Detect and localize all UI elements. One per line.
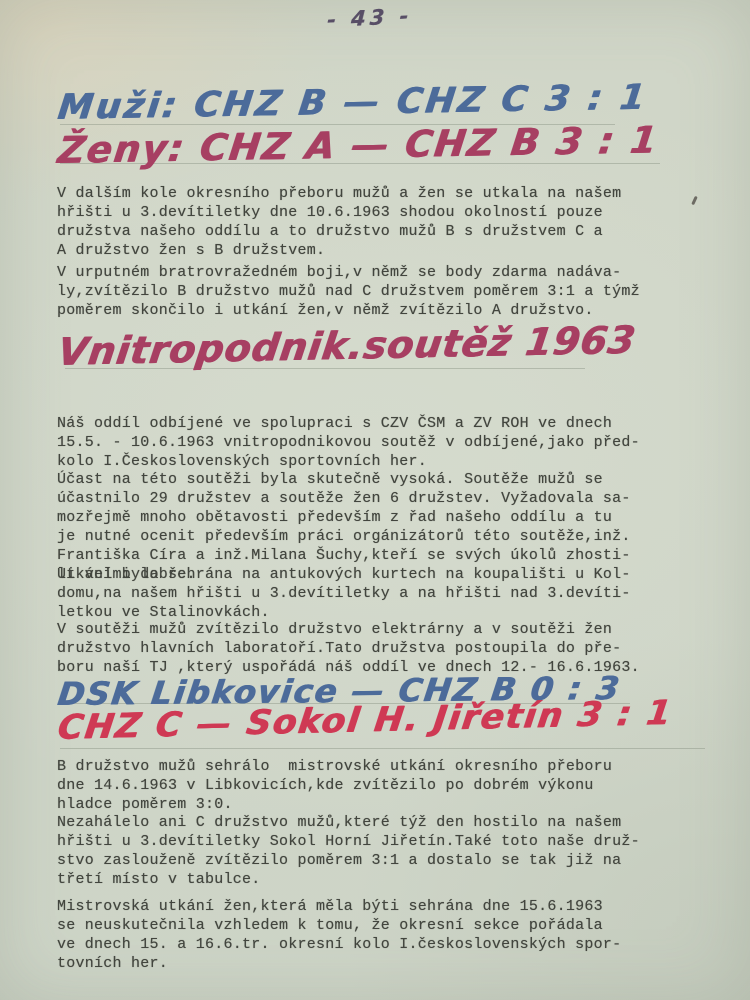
paragraph-fratricidal-match: V urputném bratrovražedném boji,v němž s… (57, 263, 697, 320)
paragraph-district-round: V dalším kole okresního přeboru mužů a ž… (57, 184, 697, 260)
paragraph-team-b-match: B družstvo mužů sehrálo mistrovské utkán… (57, 757, 697, 814)
pencil-guide-line (60, 748, 705, 749)
paragraph-women-cancelled: Mistrovská utkání žen,která měla býti se… (57, 897, 697, 973)
heading-women-result: Ženy: CHZ A — CHZ B 3 : 1 (55, 118, 660, 172)
scanned-chronicle-page: - 43 - Muži: CHZ B — CHZ C 3 : 1 Ženy: C… (0, 0, 750, 1000)
paragraph-team-c-match: Nezahálelo ani C družstvo mužů,které týž… (57, 813, 697, 889)
paragraph-venues: Utkání byla sehrána na antukových kurtec… (57, 565, 697, 622)
page-number: - 43 - (326, 4, 412, 33)
heading-intracompany-competition: Vnitropodnik.soutěž 1963 (55, 318, 639, 374)
paragraph-competition-intro: Náš oddíl odbíjené ve spolupraci s CZV Č… (57, 414, 697, 471)
